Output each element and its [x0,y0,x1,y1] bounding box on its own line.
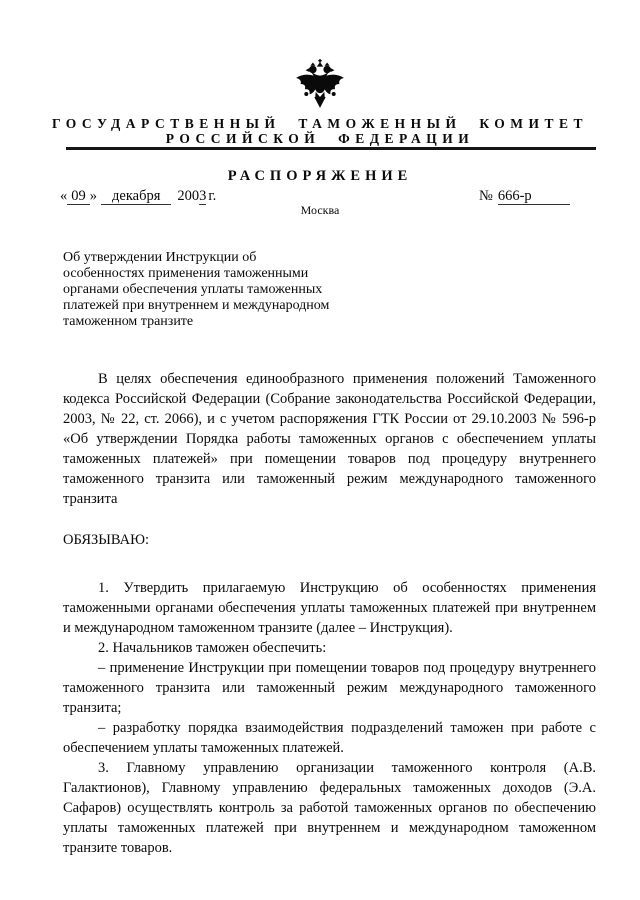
order-item-2: 2. Начальников таможен обеспечить: [63,638,596,658]
org-name: ГОСУДАРСТВЕННЫЙ ТАМОЖЕННЫЙ КОМИТЕТ РОССИ… [0,116,640,146]
doc-type-title: РАСПОРЯЖЕНИЕ [0,168,640,185]
subject-block: Об утверждении Инструкции об особенностя… [63,250,403,330]
order-item-3: 3. Главному управлению организации тамож… [63,758,596,858]
date-year-printed: 200 [177,188,199,204]
order-item-1: 1. Утвердить прилагаемую Инструкцию об о… [63,578,596,638]
org-name-line2: РОССИЙСКОЙ ФЕДЕРАЦИИ [0,131,640,146]
header-divider [66,147,596,150]
org-name-line1: ГОСУДАРСТВЕННЫЙ ТАМОЖЕННЫЙ КОМИТЕТ [0,116,640,131]
order-item-2-sub-2: – разработку порядка взаимодействия подр… [63,718,596,758]
preamble-paragraph: В целях обеспечения единообразного приме… [63,369,596,509]
city-label: Москва [0,203,640,218]
order-item-2-sub-1: – применение Инструкции при помещении то… [63,658,596,718]
document-page: ГОСУДАРСТВЕННЫЙ ТАМОЖЕННЫЙ КОМИТЕТ РОССИ… [0,0,640,900]
date-quote-close: » [90,188,97,204]
doc-number-label: № [479,188,493,204]
directive-word: ОБЯЗЫВАЮ: [63,530,596,550]
double-headed-eagle-icon [294,56,346,112]
date-year-suffix: г. [208,188,216,204]
body-text: В целях обеспечения единообразного приме… [63,369,596,858]
